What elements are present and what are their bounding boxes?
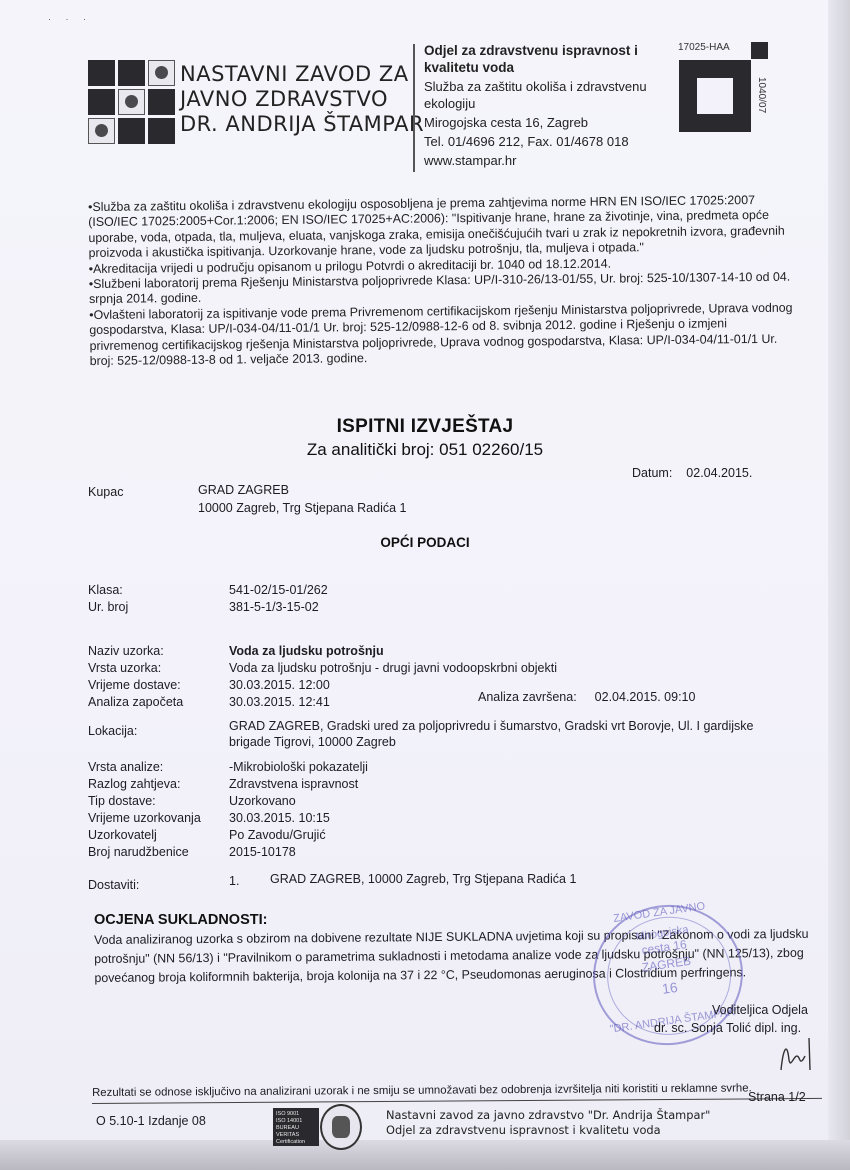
analysis-fields: Vrsta analize:-Mikrobiološki pokazatelji… (88, 759, 368, 861)
institute-logo-icon (88, 60, 175, 144)
address: Mirogojska cesta 16, Zagreb (424, 114, 647, 131)
form-code: O 5.10-1 Izdanje 08 (96, 1114, 206, 1128)
field-tip-dostave: Tip dostave:Uzorkovano (88, 793, 368, 810)
institute-name: NASTAVNI ZAVOD ZA JAVNO ZDRAVSTVO DR. AN… (180, 62, 424, 137)
footer-organization: Nastavni zavod za javno zdravstvo "Dr. A… (386, 1108, 710, 1138)
bureau-veritas-seal-icon (320, 1104, 362, 1150)
report-title: ISPITNI IZVJEŠTAJ (0, 416, 850, 438)
field-razlog-zahtjeva: Razlog zahtjeva:Zdravstvena ispravnost (88, 776, 368, 793)
customer-info: GRAD ZAGREB 10000 Zagreb, Trg Stjepana R… (198, 481, 406, 517)
field-vrsta-uzorka: Vrsta uzorka:Voda za ljudsku potrošnju -… (88, 660, 788, 677)
signer-role: Voditeljica Odjela (712, 1003, 808, 1017)
accreditation-notes: •Služba za zaštitu okoliša i zdravstvenu… (88, 193, 796, 370)
report-date: Datum:02.04.2015. (632, 466, 752, 480)
report-subtitle: Za analitički broj: 051 02260/15 (0, 440, 850, 460)
bureau-veritas-badge: ISO 9001 ISO 14001 BUREAU VERITAS Certif… (273, 1108, 319, 1146)
phone-fax: Tel. 01/4696 212, Fax. 01/4678 018 (424, 133, 647, 150)
scan-bottom-shadow (0, 1140, 850, 1170)
field-dostaviti: Dostaviti: 1. GRAD ZAGREB, 10000 Zagreb,… (88, 872, 788, 892)
field-analiza-zavrsena: Analiza završena:02.04.2015. 09:10 (478, 690, 695, 704)
field-klasa: Klasa:541-02/15-01/262 (88, 582, 328, 599)
field-uzorkovatelj: UzorkovateljPo Zavodu/Grujić (88, 827, 368, 844)
page-edge-shadow (828, 0, 850, 1170)
scan-marks: · · · (48, 14, 92, 24)
department-info: Odjel za zdravstvenu ispravnost i kvalit… (424, 42, 647, 169)
page-number: Strana 1/2 (748, 1090, 806, 1104)
conformity-heading: OCJENA SUKLADNOSTI: (94, 912, 267, 928)
field-vrijeme-uzorkovanja: Vrijeme uzorkovanja30.03.2015. 10:15 (88, 810, 368, 827)
field-vrsta-analize: Vrsta analize:-Mikrobiološki pokazatelji (88, 759, 368, 776)
website-link[interactable]: www.stampar.hr (424, 152, 647, 169)
customer-label: Kupac (88, 485, 123, 499)
field-naziv-uzorka: Naziv uzorka:Voda za ljudsku potrošnju (88, 643, 788, 660)
general-data-heading: OPĆI PODACI (0, 535, 850, 550)
field-broj-narudzbenice: Broj narudžbenice2015-10178 (88, 844, 368, 861)
field-ur-broj: Ur. broj381-5-1/3-15-02 (88, 599, 328, 616)
registry-fields: Klasa:541-02/15-01/262 Ur. broj381-5-1/3… (88, 582, 328, 616)
accreditation-logo-icon: 17025-HAA 1040/07 (678, 42, 778, 162)
field-lokacija: Lokacija: GRAD ZAGREB, Gradski ured za p… (88, 718, 788, 750)
header-divider (413, 44, 415, 172)
signature-icon (775, 1030, 815, 1075)
